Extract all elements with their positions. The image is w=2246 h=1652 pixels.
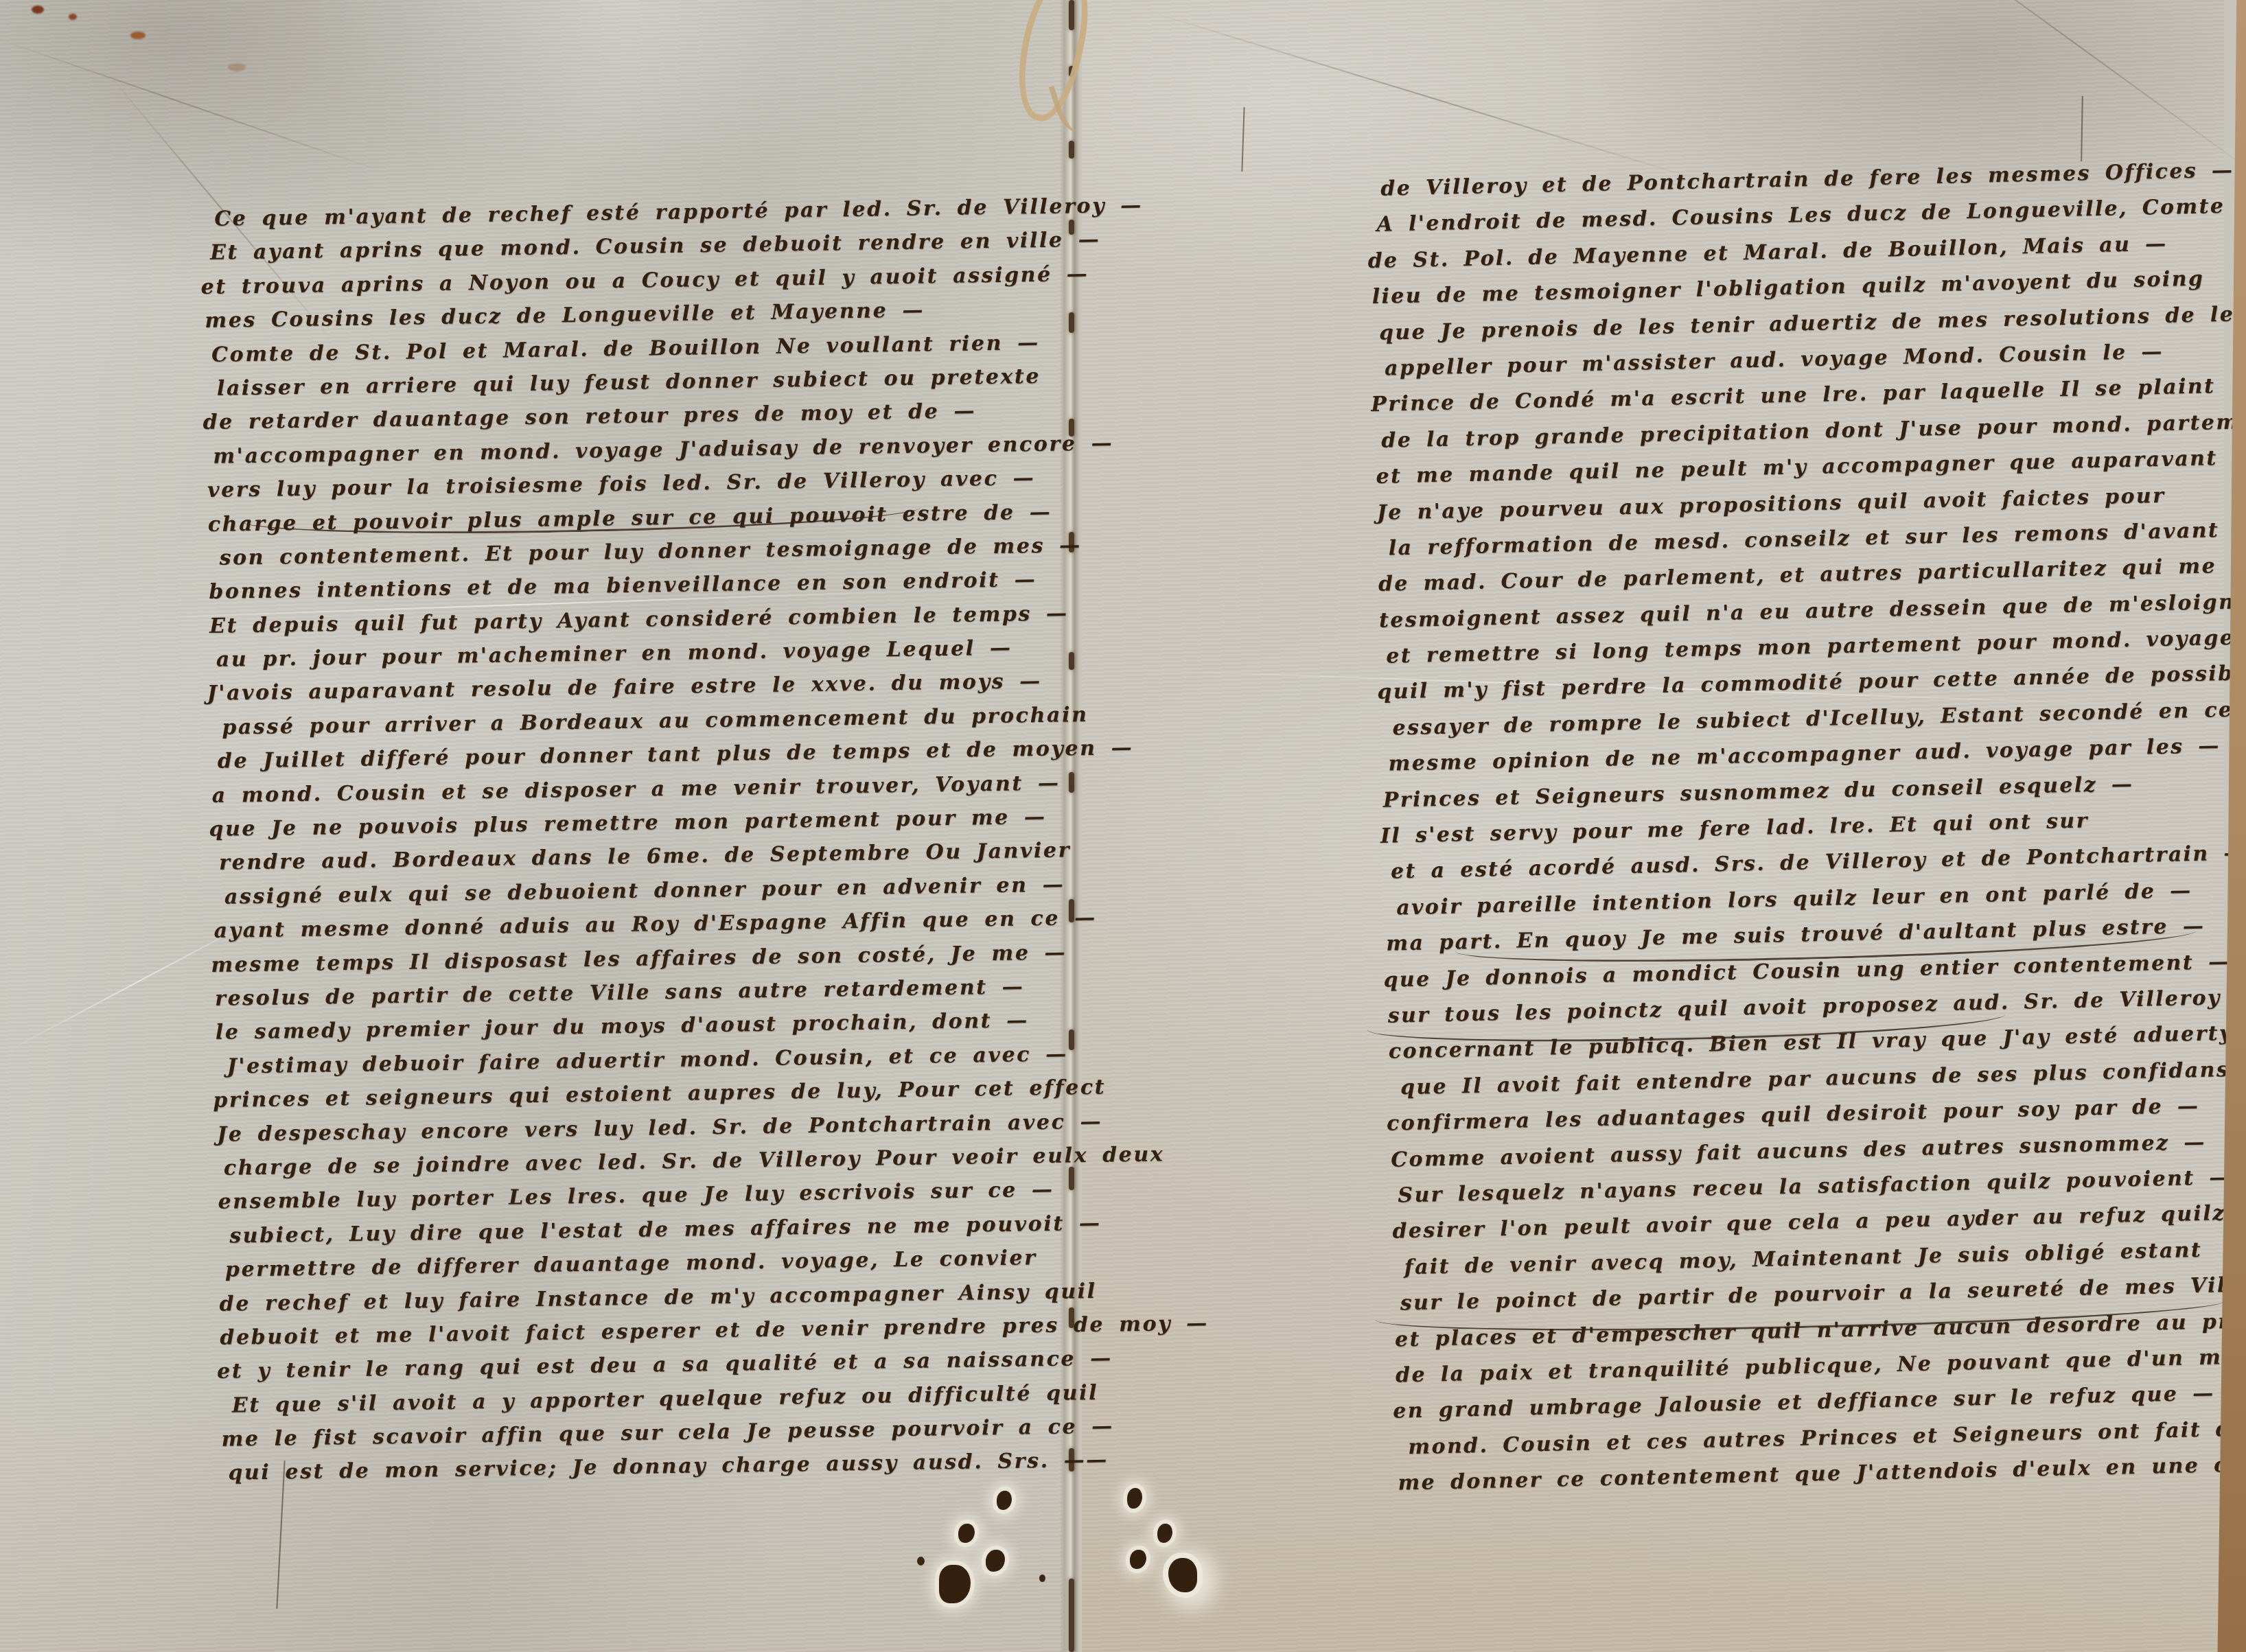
worm-hole [1168, 1558, 1197, 1592]
rust-stain [32, 5, 44, 14]
rust-stain [130, 32, 146, 39]
left-page-text: Ce que m'ayant de rechef esté rapporté p… [203, 194, 1084, 1495]
rust-stain [69, 14, 77, 20]
stitch-mark [1069, 1579, 1074, 1652]
ink-speck [917, 1557, 925, 1566]
manuscript-spread: Ce que m'ayant de rechef esté rapporté p… [0, 0, 2246, 1652]
stitch-mark [1069, 141, 1074, 159]
ink-speck [1039, 1574, 1045, 1582]
right-page-text: de Villeroy et de Pontchartrain de fere … [1369, 159, 2246, 1507]
rust-stain [228, 63, 246, 71]
